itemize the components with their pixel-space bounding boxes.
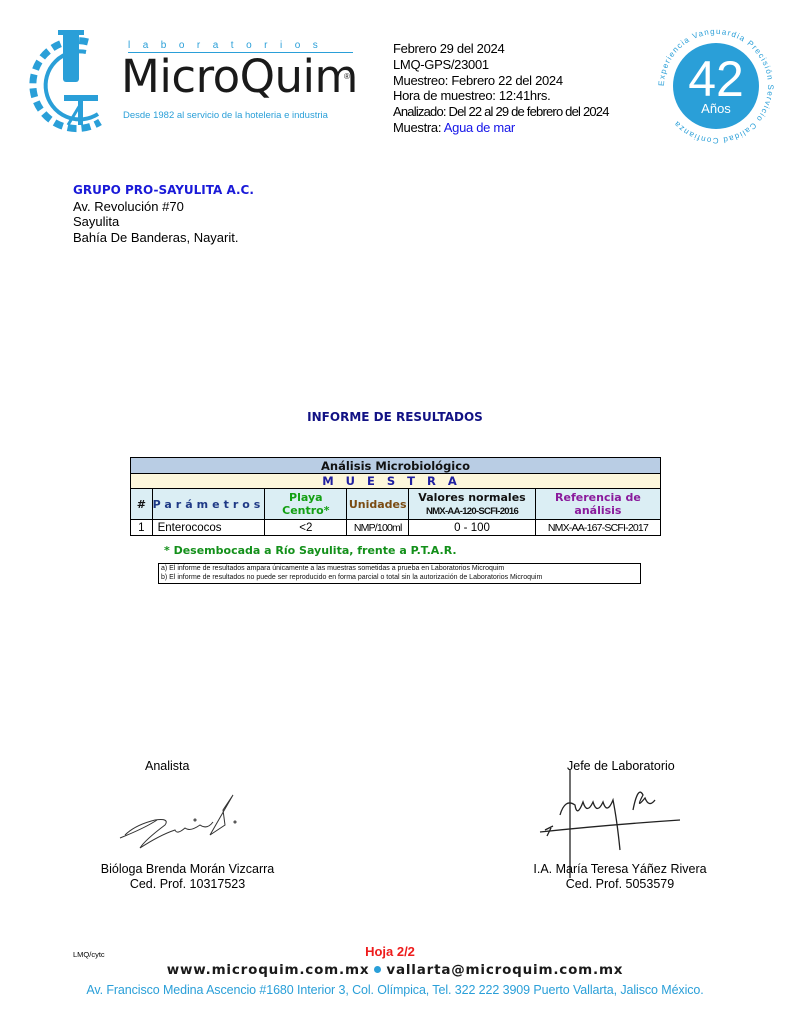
report-header-info: Febrero 29 del 2024 LMQ-GPS/23001 Muestr…	[393, 41, 609, 136]
report-folio: LMQ-GPS/23001	[393, 57, 609, 73]
analyst-signature-block: Bióloga Brenda Morán Vizcarra Ced. Prof.…	[90, 862, 285, 892]
row-playa: <2	[265, 520, 347, 536]
analyst-role: Analista	[145, 759, 189, 773]
bullet-dot-icon	[374, 966, 381, 973]
col-header-unidades: Unidades	[347, 489, 409, 520]
col-header-playa: Playa Centro*	[265, 489, 347, 520]
chief-signature-block: I.A. María Teresa Yáñez Rivera Ced. Prof…	[515, 862, 725, 892]
disclaimer-b: b) El informe de resultados no puede ser…	[161, 574, 638, 583]
row-valores: 0 - 100	[409, 520, 536, 536]
analyst-signature	[115, 790, 245, 855]
table-row: 1 Enterococos <2 NMP/100ml 0 - 100 NMX-A…	[131, 520, 661, 536]
analysis-dates: Analizado: Del 22 al 29 de febrero del 2…	[393, 104, 609, 120]
sampling-time: Hora de muestreo: 12:41hrs.	[393, 88, 609, 104]
website-link[interactable]: www.microquim.com.mx	[167, 962, 370, 978]
addressee-city: Sayulita	[73, 214, 254, 230]
row-parametro: Enterococos	[152, 520, 265, 536]
sample-location-footnote: * Desembocada a Río Sayulita, frente a P…	[164, 544, 457, 557]
col-header-referencia: Referencia de análisis	[535, 489, 660, 520]
badge-number: 42	[688, 51, 744, 107]
table-title-row: Análisis Microbiológico	[131, 458, 661, 474]
logo-tagline: Desde 1982 al servicio de la hoteleria e…	[123, 110, 328, 121]
email-link[interactable]: vallarta@microquim.com.mx	[386, 962, 623, 978]
report-date: Febrero 29 del 2024	[393, 41, 609, 57]
row-referencia: NMX-AA-167-SCFI-2017	[535, 520, 660, 536]
anniversary-badge: Experiencia Vanguardia Precisión Servici…	[655, 28, 777, 144]
valores-label: Valores normales	[409, 491, 535, 504]
table-muestra: MUESTRA	[131, 474, 661, 489]
table-title: Análisis Microbiológico	[131, 458, 661, 474]
addressee-region: Bahía De Banderas, Nayarit.	[73, 230, 254, 246]
registered-mark: ®	[344, 72, 350, 81]
addressee-street: Av. Revolución #70	[73, 199, 254, 215]
chief-cedula: Ced. Prof. 5053579	[515, 877, 725, 892]
contact-line: www.microquim.com.mxvallarta@microquim.c…	[0, 962, 790, 978]
sample-value: Agua de mar	[444, 120, 515, 135]
chief-name: I.A. María Teresa Yáñez Rivera	[515, 862, 725, 877]
col-header-num: #	[131, 489, 153, 520]
col-header-valores: Valores normales NMX-AA-120-SCFI-2016	[409, 489, 536, 520]
table-muestra-row: MUESTRA	[131, 474, 661, 489]
row-unidades: NMP/100ml	[347, 520, 409, 536]
logo-brand: MicroQuim	[121, 50, 358, 103]
badge-label: Años	[701, 101, 731, 116]
report-title: INFORME DE RESULTADOS	[0, 410, 790, 424]
disclaimer-a: a) El informe de resultados ampara única…	[161, 565, 638, 574]
microquim-logo: laboratorios MicroQuim ® Desde 1982 al s…	[28, 30, 358, 135]
col-header-parametros: Parámetros	[152, 489, 265, 520]
company-address: Av. Francisco Medina Ascencio #1680 Inte…	[0, 983, 790, 997]
sample-type: Muestra: Agua de mar	[393, 120, 609, 136]
sample-label: Muestra:	[393, 120, 444, 135]
table-header-row: # Parámetros Playa Centro* Unidades Valo…	[131, 489, 661, 520]
page-number: Hoja 2/2	[0, 944, 780, 959]
sampling-date: Muestreo: Febrero 22 del 2024	[393, 73, 609, 89]
analyst-name: Bióloga Brenda Morán Vizcarra	[90, 862, 285, 877]
addressee-organization: GRUPO PRO-SAYULITA A.C.	[73, 183, 254, 199]
gear-flask-icon	[28, 30, 128, 135]
disclaimer-box: a) El informe de resultados ampara única…	[158, 563, 641, 584]
valores-norma: NMX-AA-120-SCFI-2016	[426, 506, 518, 517]
row-num: 1	[131, 520, 153, 536]
results-table: Análisis Microbiológico MUESTRA # Paráme…	[130, 457, 661, 536]
analyst-cedula: Ced. Prof. 10317523	[90, 877, 285, 892]
addressee-block: GRUPO PRO-SAYULITA A.C. Av. Revolución #…	[73, 183, 254, 245]
